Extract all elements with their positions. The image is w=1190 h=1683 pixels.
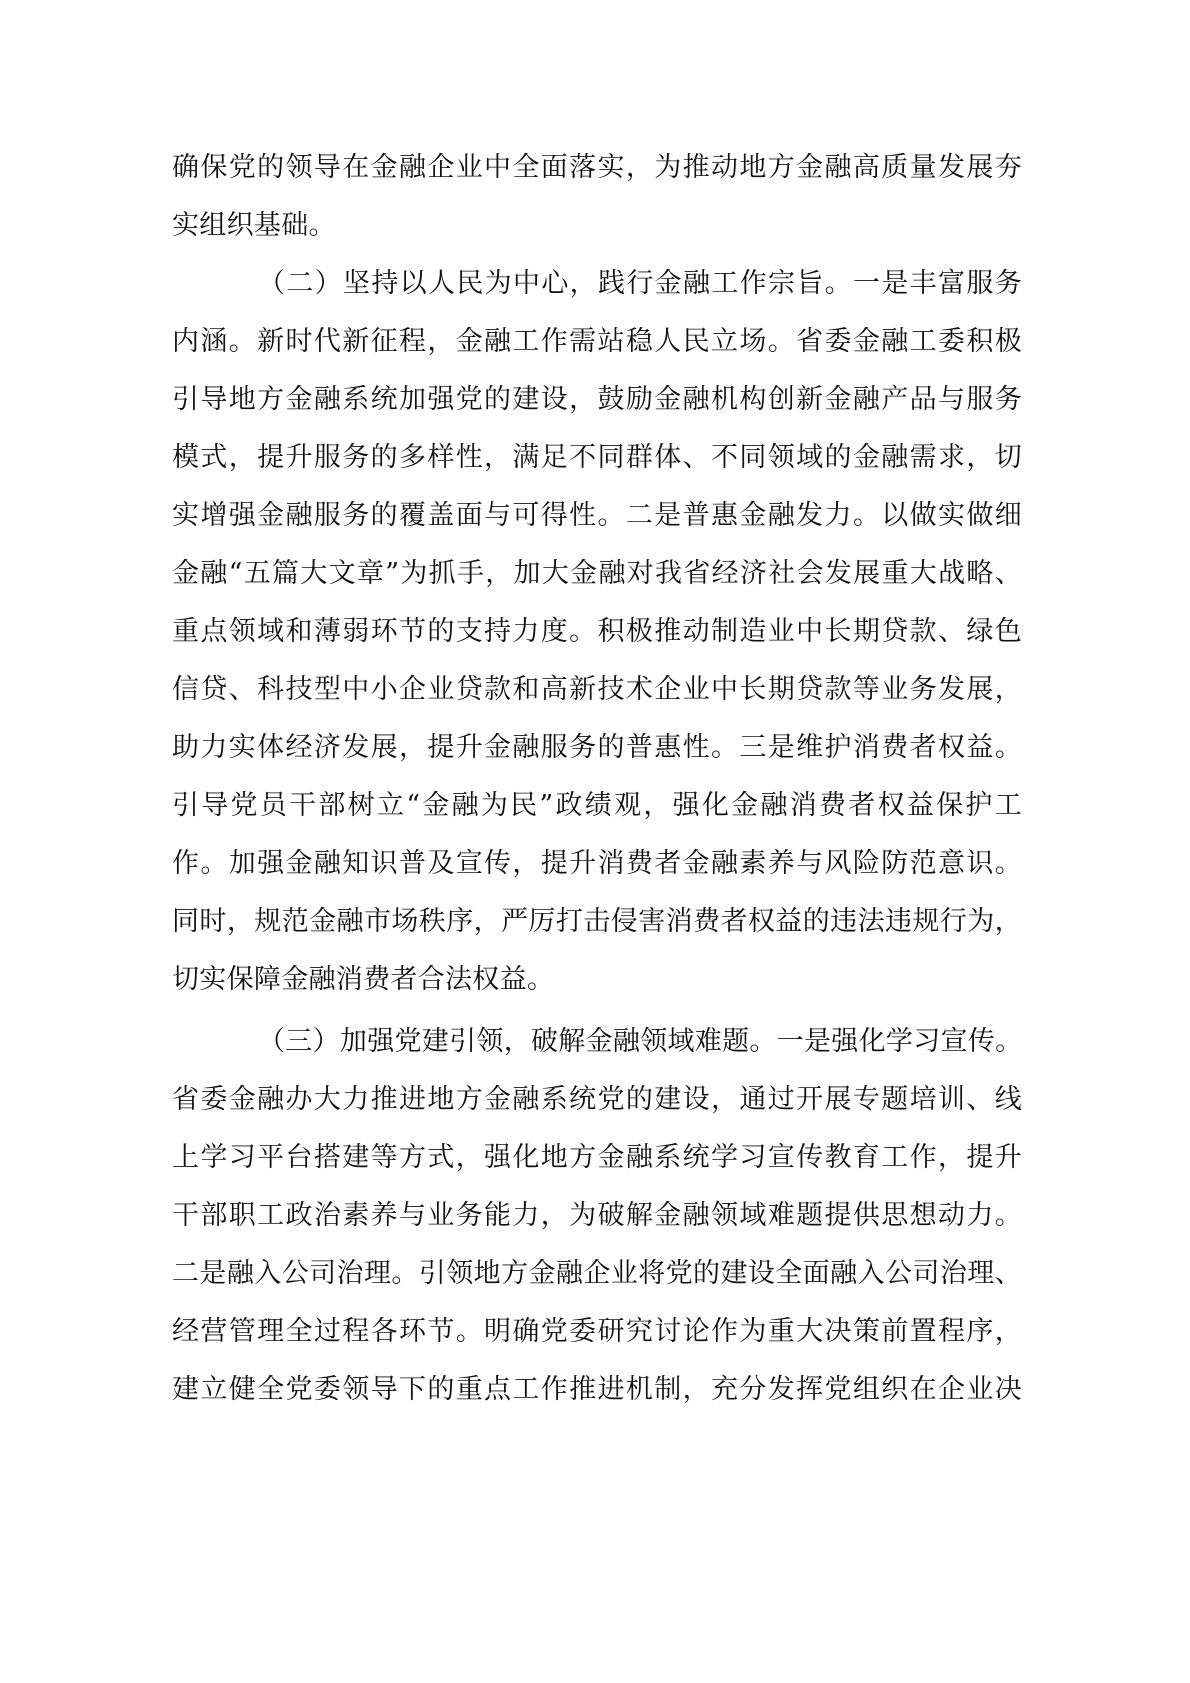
text-line: 确保党的领导在金融企业中全面落实，为推动地方金融高质量发展夯 — [172, 148, 1022, 188]
text-line: 二是融入公司治理。引领地方金融企业将党的建设全面融入公司治理、 — [172, 1254, 1022, 1294]
section-heading-line: （二）坚持以人民为中心，践行金融工作宗旨。一是丰富服务 — [258, 264, 1022, 304]
text-line: 重点领域和薄弱环节的支持力度。积极推动制造业中长期贷款、绿色 — [172, 612, 1022, 652]
text-line: 上学习平台搭建等方式，强化地方金融系统学习宣传教育工作，提升 — [172, 1138, 1022, 1178]
text-line: 模式，提升服务的多样性，满足不同群体、不同领域的金融需求，切 — [172, 438, 1022, 478]
text-line: 引导党员干部树立“金融为民”政绩观，强化金融消费者权益保护工 — [172, 786, 1022, 826]
text-line: 切实保障金融消费者合法权益。 — [172, 960, 1022, 1000]
text-line: 建立健全党委领导下的重点工作推进机制，充分发挥党组织在企业决 — [172, 1370, 1022, 1410]
text-line: 实增强金融服务的覆盖面与可得性。二是普惠金融发力。以做实做细 — [172, 496, 1022, 536]
text-line: 引导地方金融系统加强党的建设，鼓励金融机构创新金融产品与服务 — [172, 380, 1022, 420]
text-line: 实组织基础。 — [172, 206, 1022, 246]
text-line: 金融“五篇大文章”为抓手，加大金融对我省经济社会发展重大战略、 — [172, 554, 1022, 594]
text-line: 作。加强金融知识普及宣传，提升消费者金融素养与风险防范意识。 — [172, 844, 1022, 884]
text-line: 内涵。新时代新征程，金融工作需站稳人民立场。省委金融工委积极 — [172, 322, 1022, 362]
text-line: 经营管理全过程各环节。明确党委研究讨论作为重大决策前置程序， — [172, 1312, 1022, 1352]
text-line: 干部职工政治素养与业务能力，为破解金融领域难题提供思想动力。 — [172, 1196, 1022, 1236]
text-line: 信贷、科技型中小企业贷款和高新技术企业中长期贷款等业务发展， — [172, 670, 1022, 710]
text-line: 省委金融办大力推进地方金融系统党的建设，通过开展专题培训、线 — [172, 1080, 1022, 1120]
text-line: 同时，规范金融市场秩序，严厉打击侵害消费者权益的违法违规行为， — [172, 902, 1022, 942]
text-line: 助力实体经济发展，提升金融服务的普惠性。三是维护消费者权益。 — [172, 728, 1022, 768]
document-page: 确保党的领导在金融企业中全面落实，为推动地方金融高质量发展夯 实组织基础。 （二… — [0, 0, 1190, 1683]
section-heading-line: （三）加强党建引领，破解金融领域难题。一是强化学习宣传。 — [258, 1022, 1022, 1062]
